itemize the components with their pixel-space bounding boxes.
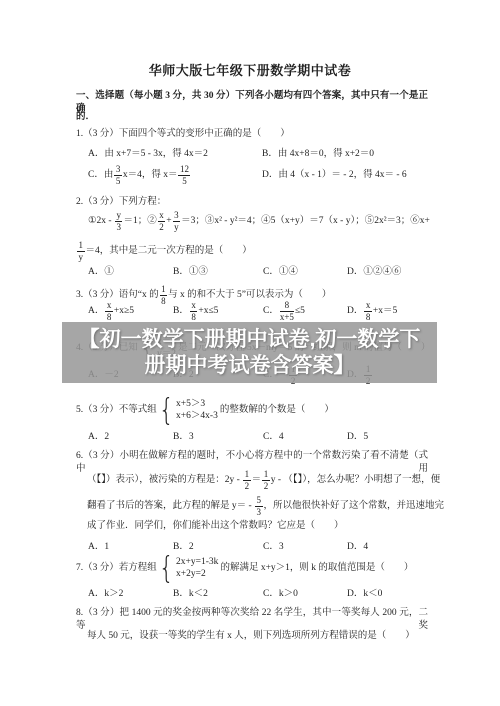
equation-system: { 2x+y=1-3k x+2y=2 (159, 556, 219, 580)
option-c: C．4 (263, 429, 284, 445)
option-b: B．3 (173, 429, 194, 445)
option-d: D．①②④⑥ (347, 264, 401, 280)
fraction: x8 (190, 300, 198, 322)
question-5-stem: 5.（3 分）不等式组 { x+5＞3 x+6＞4x-3 的整数解的个数是（ ） (76, 392, 334, 428)
question-1-options-row1: A．由 x+7＝5 - 3x，得 4x＝2 B．由 4x+8＝0，得 x+2＝0 (76, 146, 500, 162)
fraction: 35 (114, 164, 122, 186)
fraction: 1y (77, 240, 85, 262)
option-a: A．x8+x≥5 (88, 298, 134, 324)
option-a: A．由 x+7＝5 - 3x，得 4x＝2 (88, 146, 208, 162)
system-line2: x+6＞4x-3 (176, 410, 218, 422)
inequality-system: { x+5＞3 x+6＞4x-3 (159, 398, 218, 422)
option-c: C．由35x＝4，得 x＝125 (88, 162, 191, 188)
fraction: 53 (255, 495, 263, 517)
option-a: A．k＞2 (88, 586, 123, 602)
brace-icon: { (159, 395, 174, 425)
question-5-prefix: 5.（3 分）不等式组 (76, 404, 157, 417)
question-2-equations: ①2x - y3＝1；②x2+3y＝3；③x² - y²＝4；④5（x+y）＝7… (88, 206, 430, 236)
option-a: A．① (88, 264, 114, 280)
question-3-options: A．x8+x≥5 B．x8+x≤5 C．8x+5≤5 D．x8+x＝5 (76, 298, 500, 324)
question-8-line2: 每人 50 元，设获一等奖的学生有 x 人，则下列选项所列方程错误的是（ ） (87, 630, 428, 643)
option-c: C．k＞0 (263, 586, 298, 602)
question-6-line4: 成了作业．同学们，你们能补出这个常数吗？它应是（ ） (87, 520, 428, 533)
question-1-stem: 1.（3 分）下面四个等式的变形中正确的是（ ） (76, 128, 428, 141)
brace-icon: { (159, 553, 174, 583)
watermark-overlay: 【初一数学下册期中试卷,初一数学下 册期中考试卷含答案】 (62, 322, 437, 383)
option-d: D．k＜0 (347, 586, 382, 602)
question-6-line3: 翻看了书后的答案，此方程的解是 y＝ - 53，所以他很快补好了这个常数，并迅速… (87, 492, 444, 520)
fraction: 12 (243, 469, 251, 491)
option-b: B．①③ (173, 264, 208, 280)
option-b: B．由 4x+8＝0，得 x+2＝0 (262, 146, 374, 162)
exam-document-page: 华师大版七年级下册数学期中试卷 一、选择题（每小题 3 分，共 30 分）下列各… (0, 0, 500, 706)
section-header-line2: 的． (76, 111, 428, 124)
question-1-options-row2: C．由35x＝4，得 x＝125 D．由 4（x - 1）＝ - 2，得 4x＝… (76, 162, 500, 188)
fraction: x8 (364, 300, 372, 322)
option-d: D．5 (347, 429, 368, 445)
fraction: 8x+5 (280, 300, 294, 322)
option-c: C．①④ (263, 264, 298, 280)
question-5-suffix: 的整数解的个数是（ ） (220, 404, 334, 417)
option-d: D．x8+x＝5 (347, 298, 397, 324)
option-c: C．8x+5≤5 (263, 298, 305, 324)
watermark-line1: 【初一数学下册期中试卷,初一数学下 (79, 327, 421, 353)
option-b: B．k＜2 (173, 586, 208, 602)
fraction: 3y (173, 210, 181, 232)
question-7-suffix: 的解满足 x+y＞1，则 k 的取值范围是（ ） (220, 562, 413, 575)
question-6-line2: （【】）表示），被污染的方程是：2y - 12＝12y - （【】），怎么办呢？… (87, 466, 440, 494)
question-7-options: A．k＞2 B．k＜2 C．k＞0 D．k＜0 (76, 586, 500, 602)
question-2-options: A．① B．①③ C．①④ D．①②④⑥ (76, 264, 500, 280)
fraction: 125 (178, 164, 190, 186)
system-line1: x+5＞3 (176, 398, 218, 410)
question-5-options: A．2 B．3 C．4 D．5 (76, 429, 500, 445)
option-d: D．由 4（x - 1）＝ - 2，得 4x＝ - 6 (262, 162, 407, 188)
watermark-line2: 册期中考试卷含答案】 (145, 353, 355, 379)
fraction: x2 (158, 210, 166, 232)
question-2-wrap-line: 1y＝4，其中是二元一次方程的是（ ） (76, 236, 252, 266)
option-a: A．2 (88, 429, 109, 445)
fraction: y3 (115, 210, 123, 232)
page-title: 华师大版七年级下册数学期中试卷 (0, 63, 500, 78)
question-7-stem: 7.（3 分）若方程组 { 2x+y=1-3k x+2y=2 的解满足 x+y＞… (76, 551, 413, 585)
system-line2: x+2y=2 (176, 568, 218, 580)
option-b: B．x8+x≤5 (173, 298, 218, 324)
fraction: 12 (262, 469, 270, 491)
system-line1: 2x+y=1-3k (176, 556, 218, 568)
fraction: x8 (105, 300, 113, 322)
question-7-prefix: 7.（3 分）若方程组 (76, 562, 157, 575)
